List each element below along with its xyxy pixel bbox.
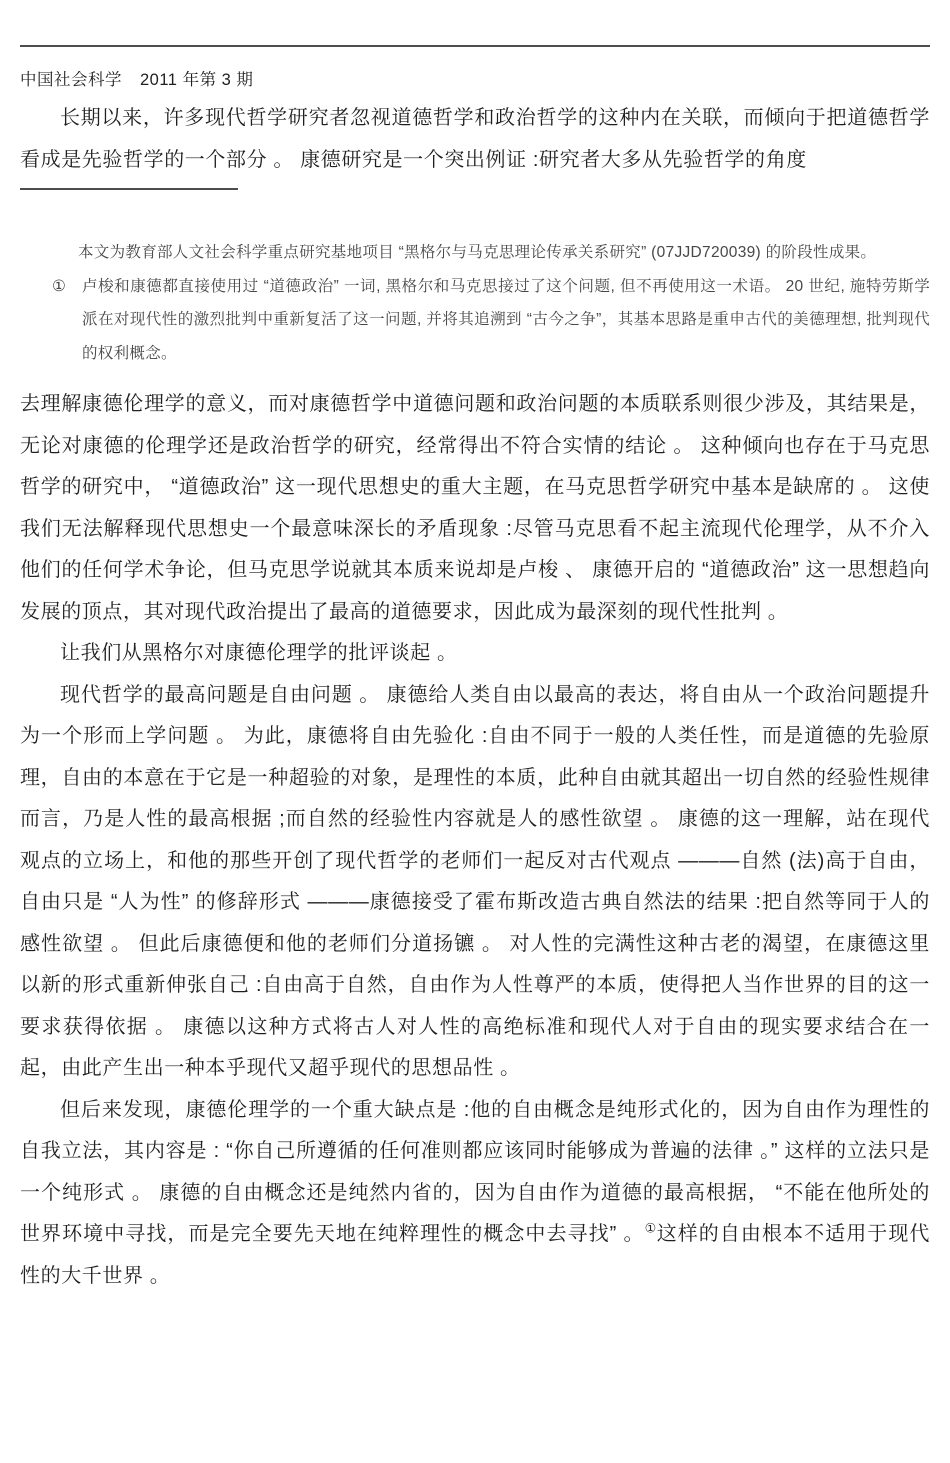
journal-issue: 2011 年第 3 期 bbox=[140, 71, 253, 89]
intro-paragraph: 长期以来，许多现代哲学研究者忽视道德哲学和政治哲学的这种内在关联，而倾向于把道德… bbox=[20, 98, 930, 181]
footnote-marker-1: ① bbox=[52, 270, 82, 371]
acknowledgment-note: 本文为教育部人文社会科学重点研究基地项目 “黑格尔与马克思理论传承关系研究” (… bbox=[20, 236, 930, 270]
document-page: 中国社会科学2011 年第 3 期 长期以来，许多现代哲学研究者忽视道德哲学和政… bbox=[0, 45, 950, 1297]
critique-paragraph: 但后来发现，康德伦理学的一个重大缺点是 :他的自由概念是纯形式化的，因为自由作为… bbox=[20, 1090, 930, 1298]
footnote-item-1: ① 卢梭和康德都直接使用过 “道德政治” 一词, 黑格尔和马克思接过了这个问题,… bbox=[20, 270, 930, 371]
footnote-text-1: 卢梭和康德都直接使用过 “道德政治” 一词, 黑格尔和马克思接过了这个问题, 但… bbox=[82, 270, 930, 371]
header-rule bbox=[20, 45, 930, 47]
transition-paragraph: 让我们从黑格尔对康德伦理学的批评谈起 。 bbox=[20, 633, 930, 675]
footnote-ref-1: ① bbox=[645, 1220, 657, 1235]
footnote-block: 本文为教育部人文社会科学重点研究基地项目 “黑格尔与马克思理论传承关系研究” (… bbox=[20, 236, 930, 370]
footnote-separator-rule bbox=[20, 188, 238, 190]
journal-header: 中国社会科学2011 年第 3 期 bbox=[20, 69, 930, 91]
body-continuation-paragraph: 去理解康德伦理学的意义，而对康德哲学中道德问题和政治问题的本质联系则很少涉及，其… bbox=[20, 384, 930, 633]
freedom-paragraph: 现代哲学的最高问题是自由问题 。 康德给人类自由以最高的表达，将自由从一个政治问… bbox=[20, 675, 930, 1090]
journal-title: 中国社会科学 bbox=[20, 71, 122, 89]
